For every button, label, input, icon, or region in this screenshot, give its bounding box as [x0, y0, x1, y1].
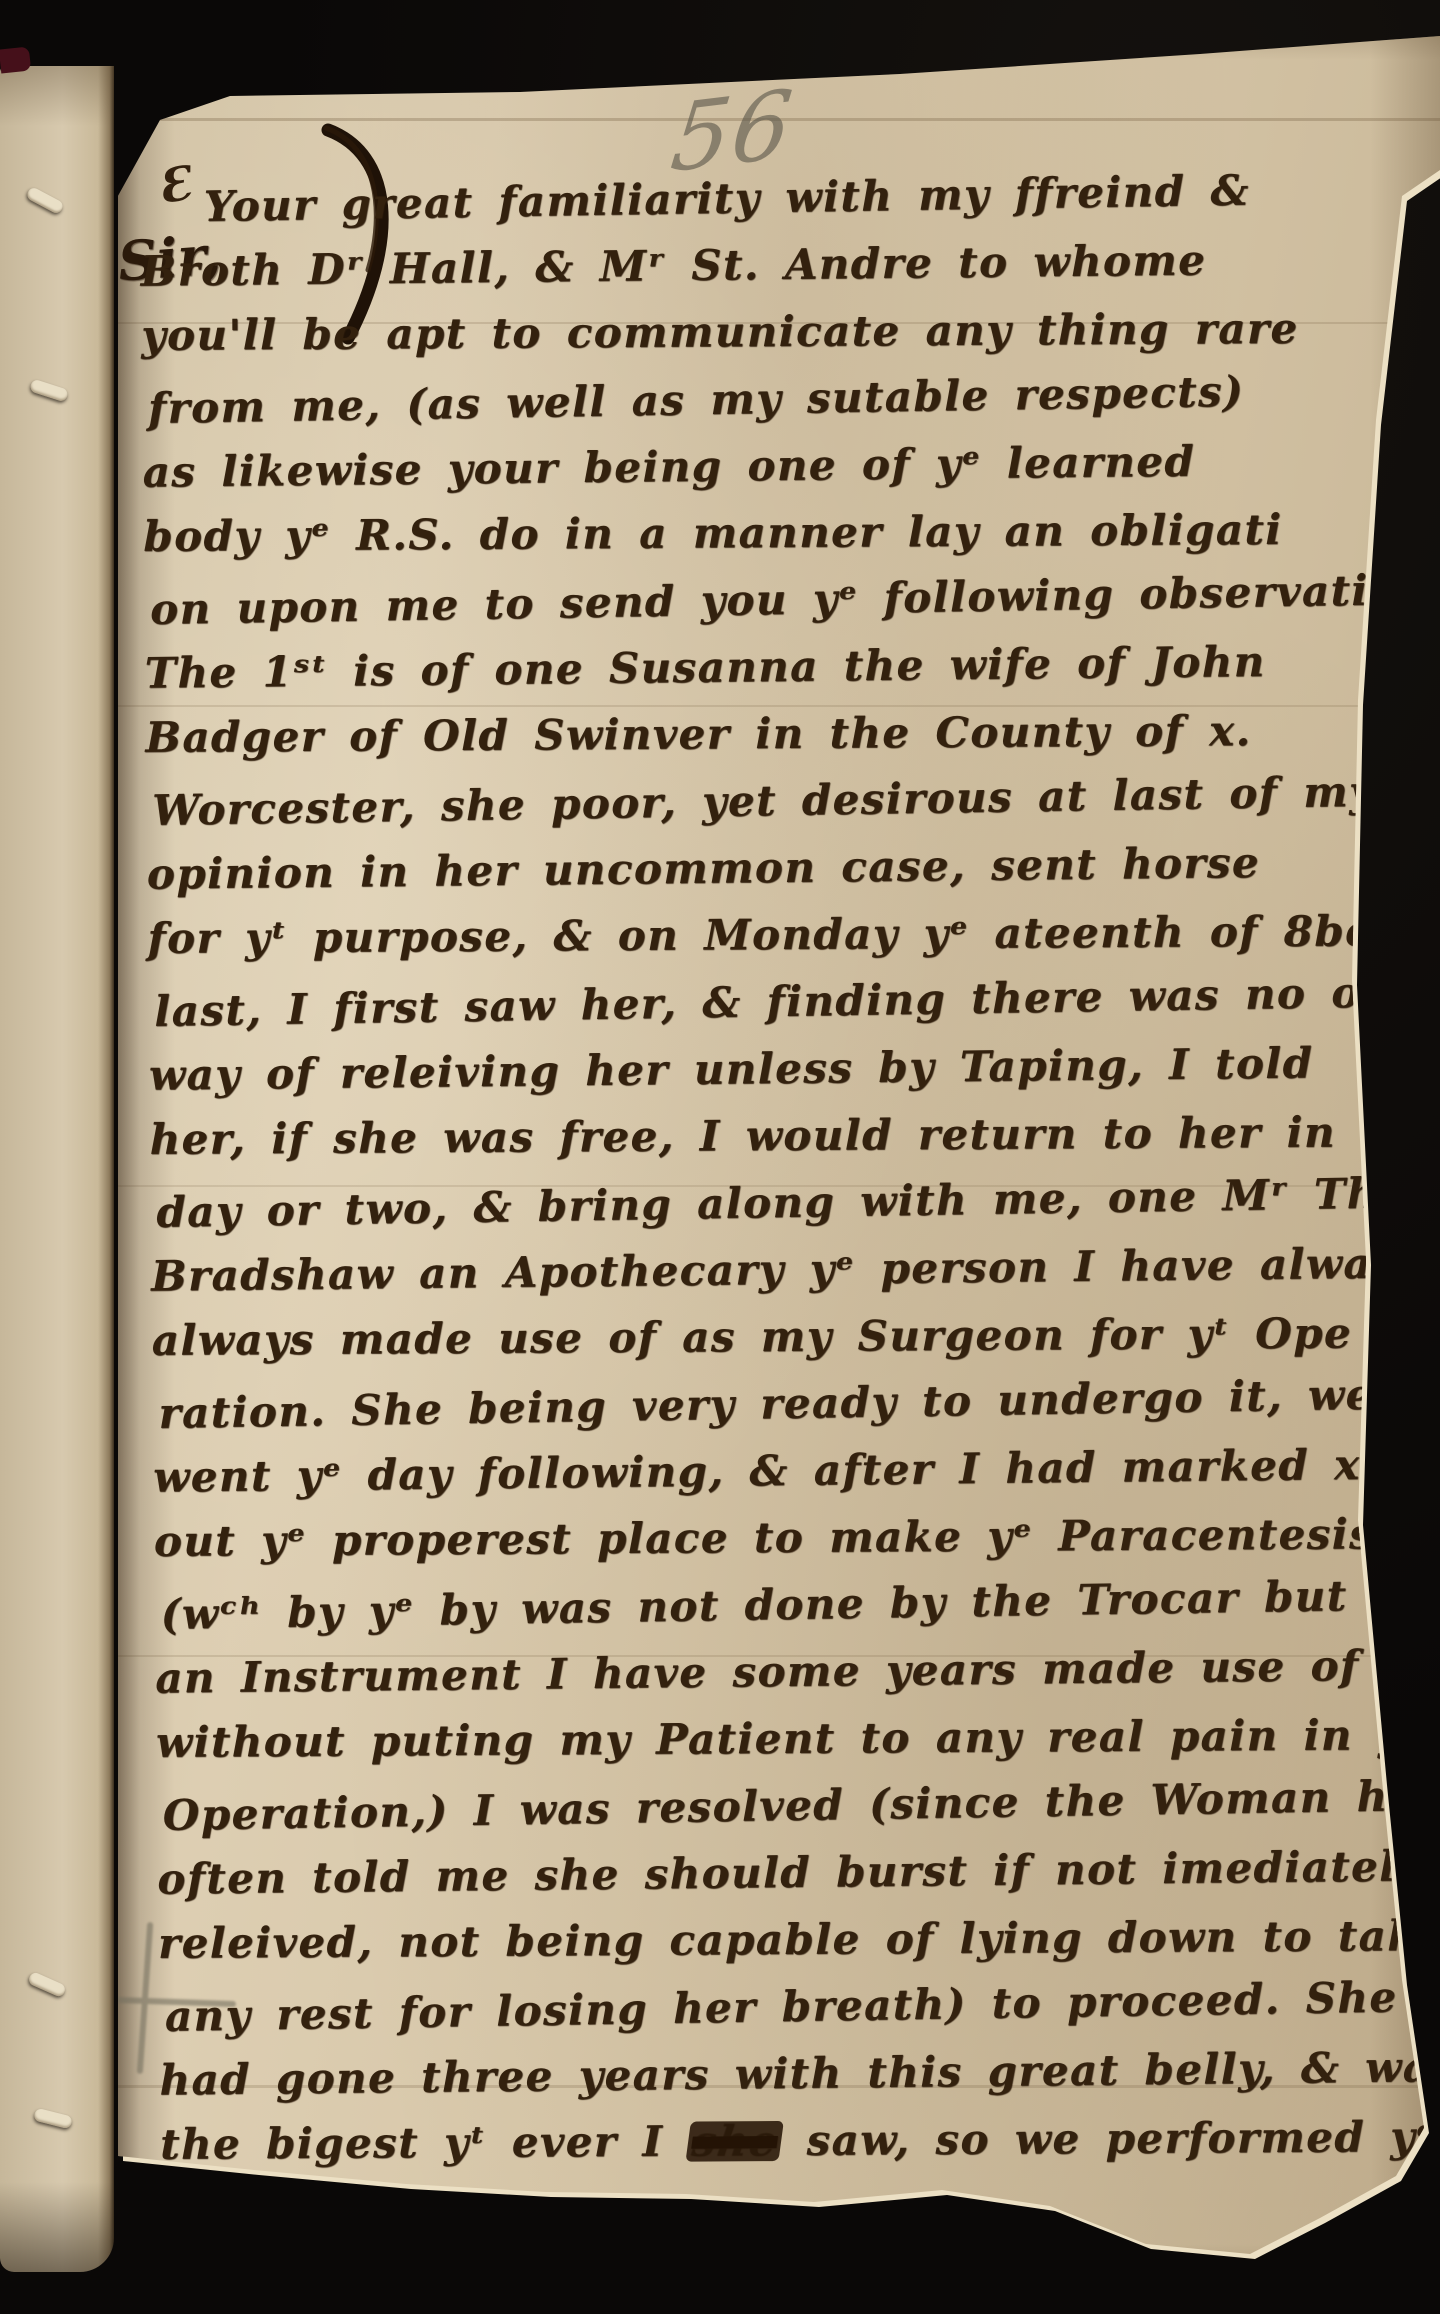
- spine-edge: [0, 66, 114, 2272]
- manuscript-text-block: Your great familiarity with my ffreind &…: [140, 157, 1429, 2180]
- manuscript-page: 12 56 Sir, Ɛ Your great familiarity with…: [0, 0, 1440, 2314]
- stitch-thread: [33, 2108, 73, 2130]
- manuscript-line: the bigest yᵗ ever I she saw, so we perf…: [160, 2103, 1428, 2178]
- stitch-thread: [25, 186, 65, 215]
- crossed-out-word: she: [686, 2121, 784, 2162]
- stitch-thread: [29, 378, 69, 402]
- spine-top-sliver: [0, 46, 31, 73]
- manuscript-photo: 12 56 Sir, Ɛ Your great familiarity with…: [0, 0, 1440, 2314]
- stitch-thread: [27, 1971, 67, 1998]
